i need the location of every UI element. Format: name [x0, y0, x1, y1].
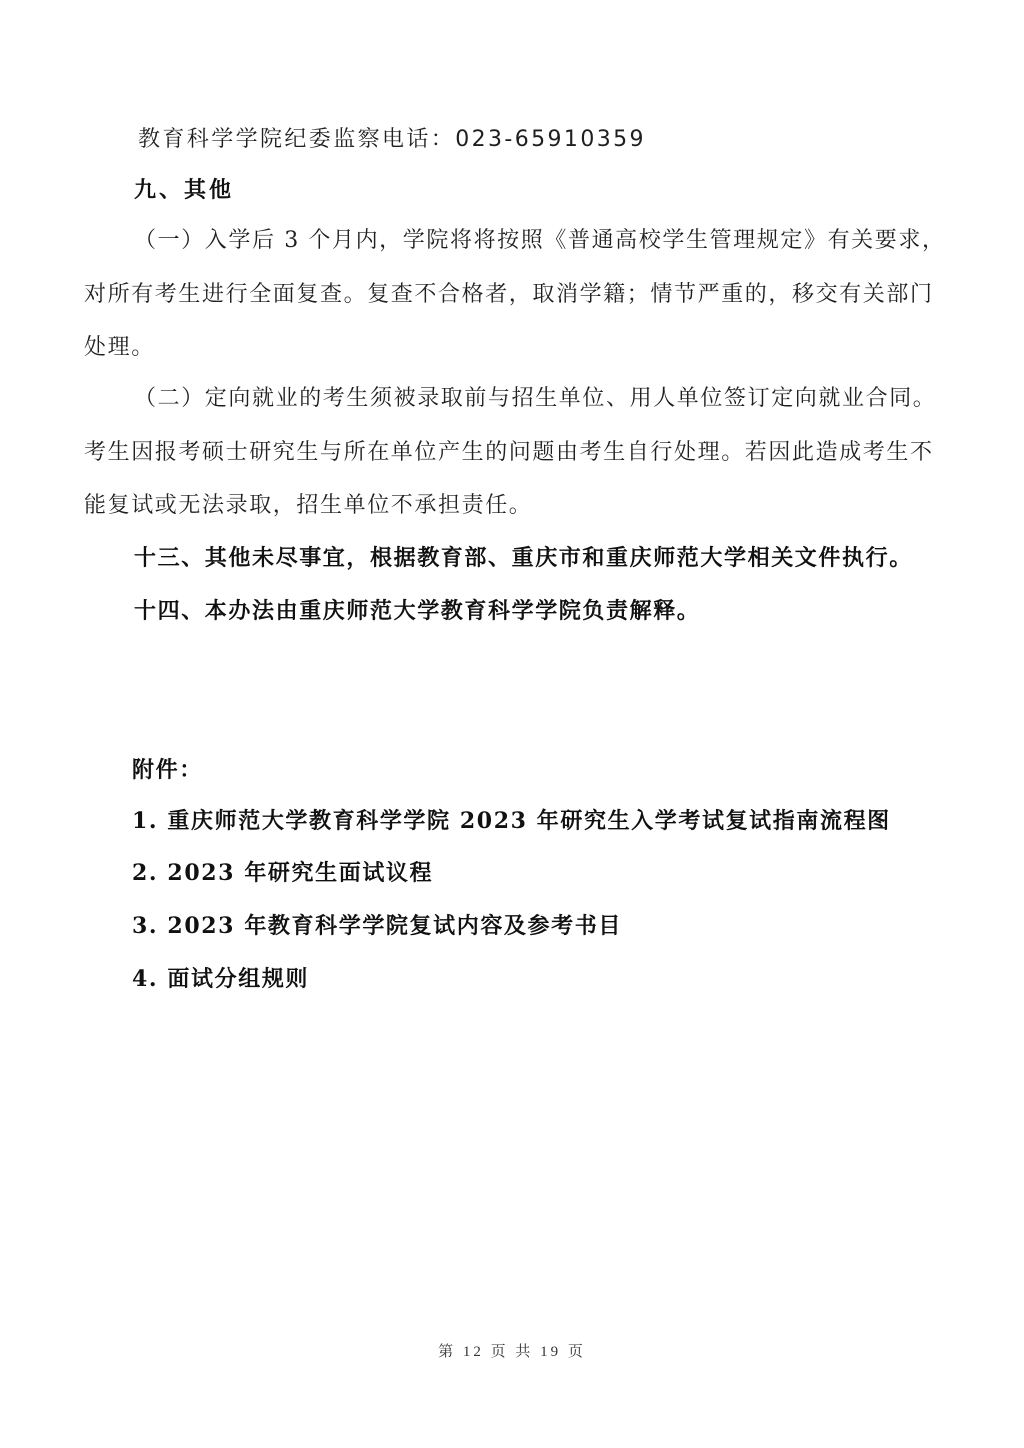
- section-9-item-1-line-2: 对所有考生进行全面复查。复查不合格者，取消学籍；情节严重的，移交有关部门: [84, 280, 934, 310]
- page-number-footer: 第 12 页 共 19 页: [0, 1342, 1024, 1362]
- section-14-text: 十四、本办法由重庆师范大学教育科学学院负责解释。: [134, 596, 700, 626]
- attachment-item-1: 1. 重庆师范大学教育科学学院 2023 年研究生入学考试复试指南流程图: [132, 806, 891, 836]
- document-page: 教育科学学院纪委监察电话：023-65910359 九、其他 （一）入学后 3 …: [0, 0, 1024, 1448]
- section-9-item-1-line-3: 处理。: [84, 333, 155, 363]
- attachment-item-3: 3. 2023 年教育科学学院复试内容及参考书目: [132, 911, 622, 941]
- section-9-heading: 九、其他: [134, 175, 234, 205]
- attachments-heading: 附件：: [132, 755, 203, 785]
- section-9-item-2-line-3: 能复试或无法录取，招生单位不承担责任。: [84, 491, 532, 521]
- section-9-item-2-line-2: 考生因报考硕士研究生与所在单位产生的问题由考生自行处理。若因此造成考生不: [84, 438, 934, 468]
- section-9-item-2-line-1: （二）定向就业的考生须被录取前与招生单位、用人单位签订定向就业合同。: [134, 384, 936, 414]
- discipline-contact-phone: 教育科学学院纪委监察电话：023-65910359: [138, 125, 646, 155]
- attachment-item-4: 4. 面试分组规则: [132, 964, 309, 994]
- section-13-text: 十三、其他未尽事宜，根据教育部、重庆市和重庆师范大学相关文件执行。: [134, 543, 913, 573]
- section-9-item-1-line-1: （一）入学后 3 个月内，学院将将按照《普通高校学生管理规定》有关要求，: [134, 226, 946, 256]
- attachment-item-2: 2. 2023 年研究生面试议程: [132, 858, 433, 888]
